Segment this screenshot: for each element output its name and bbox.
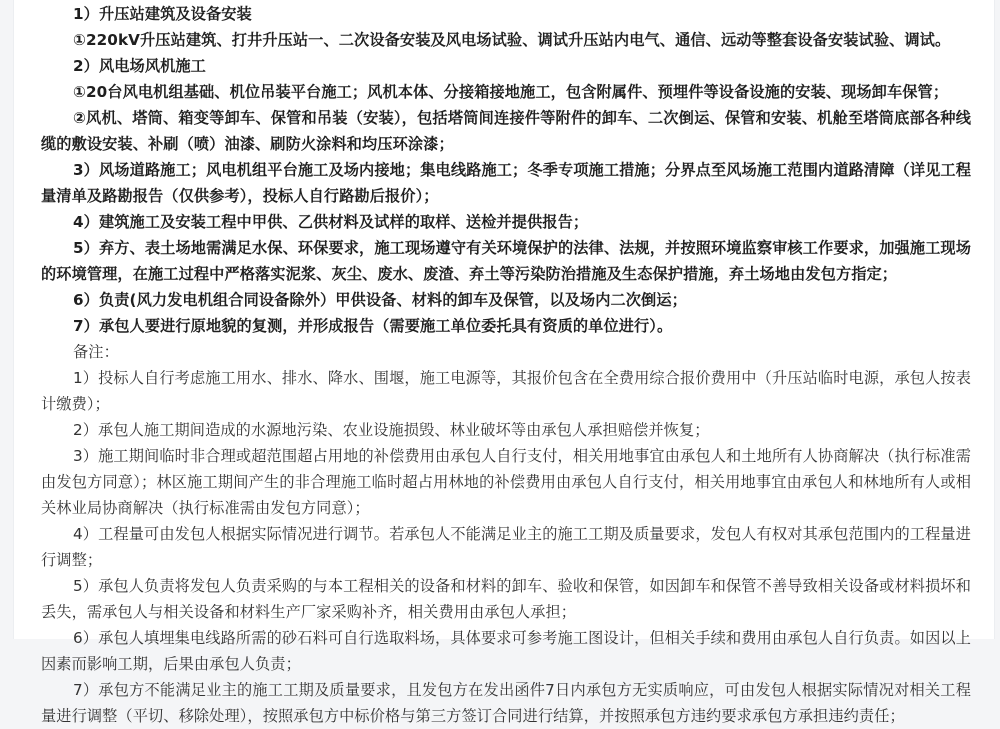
scope-item-6: 6）负责(风力发电机组合同设备除外）甲供设备、材料的卸车及保管，以及场内二次倒运…: [41, 287, 971, 313]
scope-item-2a: ①20台风电机组基础、机位吊装平台施工；风机本体、分接箱接地施工，包含附属件、预…: [41, 79, 971, 105]
document-content: 1）升压站建筑及设备安装 ①220kV升压站建筑、打井升压站一、二次设备安装及风…: [41, 1, 971, 639]
note-item-6: 6）承包人填埋集电线路所需的砂石料可自行选取料场，具体要求可参考施工图设计，但相…: [41, 625, 971, 639]
scope-item-5: 5）弃方、表土场地需满足水保、环保要求，施工现场遵守有关环境保护的法律、法规，并…: [41, 235, 971, 287]
scope-item-1-heading: 1）升压站建筑及设备安装: [41, 1, 971, 27]
note-item-2: 2）承包人施工期间造成的水源地污染、农业设施损毁、林业破坏等由承包人承担赔偿并恢…: [41, 417, 971, 443]
document-page: 1）升压站建筑及设备安装 ①220kV升压站建筑、打井升压站一、二次设备安装及风…: [13, 0, 995, 639]
scope-item-2-heading: 2）风电场风机施工: [41, 53, 971, 79]
note-item-5: 5）承包人负责将发包人负责采购的与本工程相关的设备和材料的卸车、验收和保管，如因…: [41, 573, 971, 625]
scope-item-7: 7）承包人要进行原地貌的复测，并形成报告（需要施工单位委托具有资质的单位进行）。: [41, 313, 971, 339]
note-item-1: 1）投标人自行考虑施工用水、排水、降水、围堰，施工电源等，其报价包含在全费用综合…: [41, 365, 971, 417]
note-item-4: 4）工程量可由发包人根据实际情况进行调节。若承包人不能满足业主的施工工期及质量要…: [41, 521, 971, 573]
scope-item-4: 4）建筑施工及安装工程中甲供、乙供材料及试样的取样、送检并提供报告；: [41, 209, 971, 235]
scope-item-2b: ②风机、塔筒、箱变等卸车、保管和吊装（安装），包括塔筒间连接件等附件的卸车、二次…: [41, 105, 971, 157]
note-item-3: 3）施工期间临时非合理或超范围超占用地的补偿费用由承包人自行支付，相关用地事宜由…: [41, 443, 971, 521]
scope-item-1a: ①220kV升压站建筑、打井升压站一、二次设备安装及风电场试验、调试升压站内电气…: [41, 27, 971, 53]
notes-heading: 备注：: [41, 339, 971, 365]
scope-item-3: 3）风场道路施工；风电机组平台施工及场内接地；集电线路施工；冬季专项施工措施；分…: [41, 157, 971, 209]
